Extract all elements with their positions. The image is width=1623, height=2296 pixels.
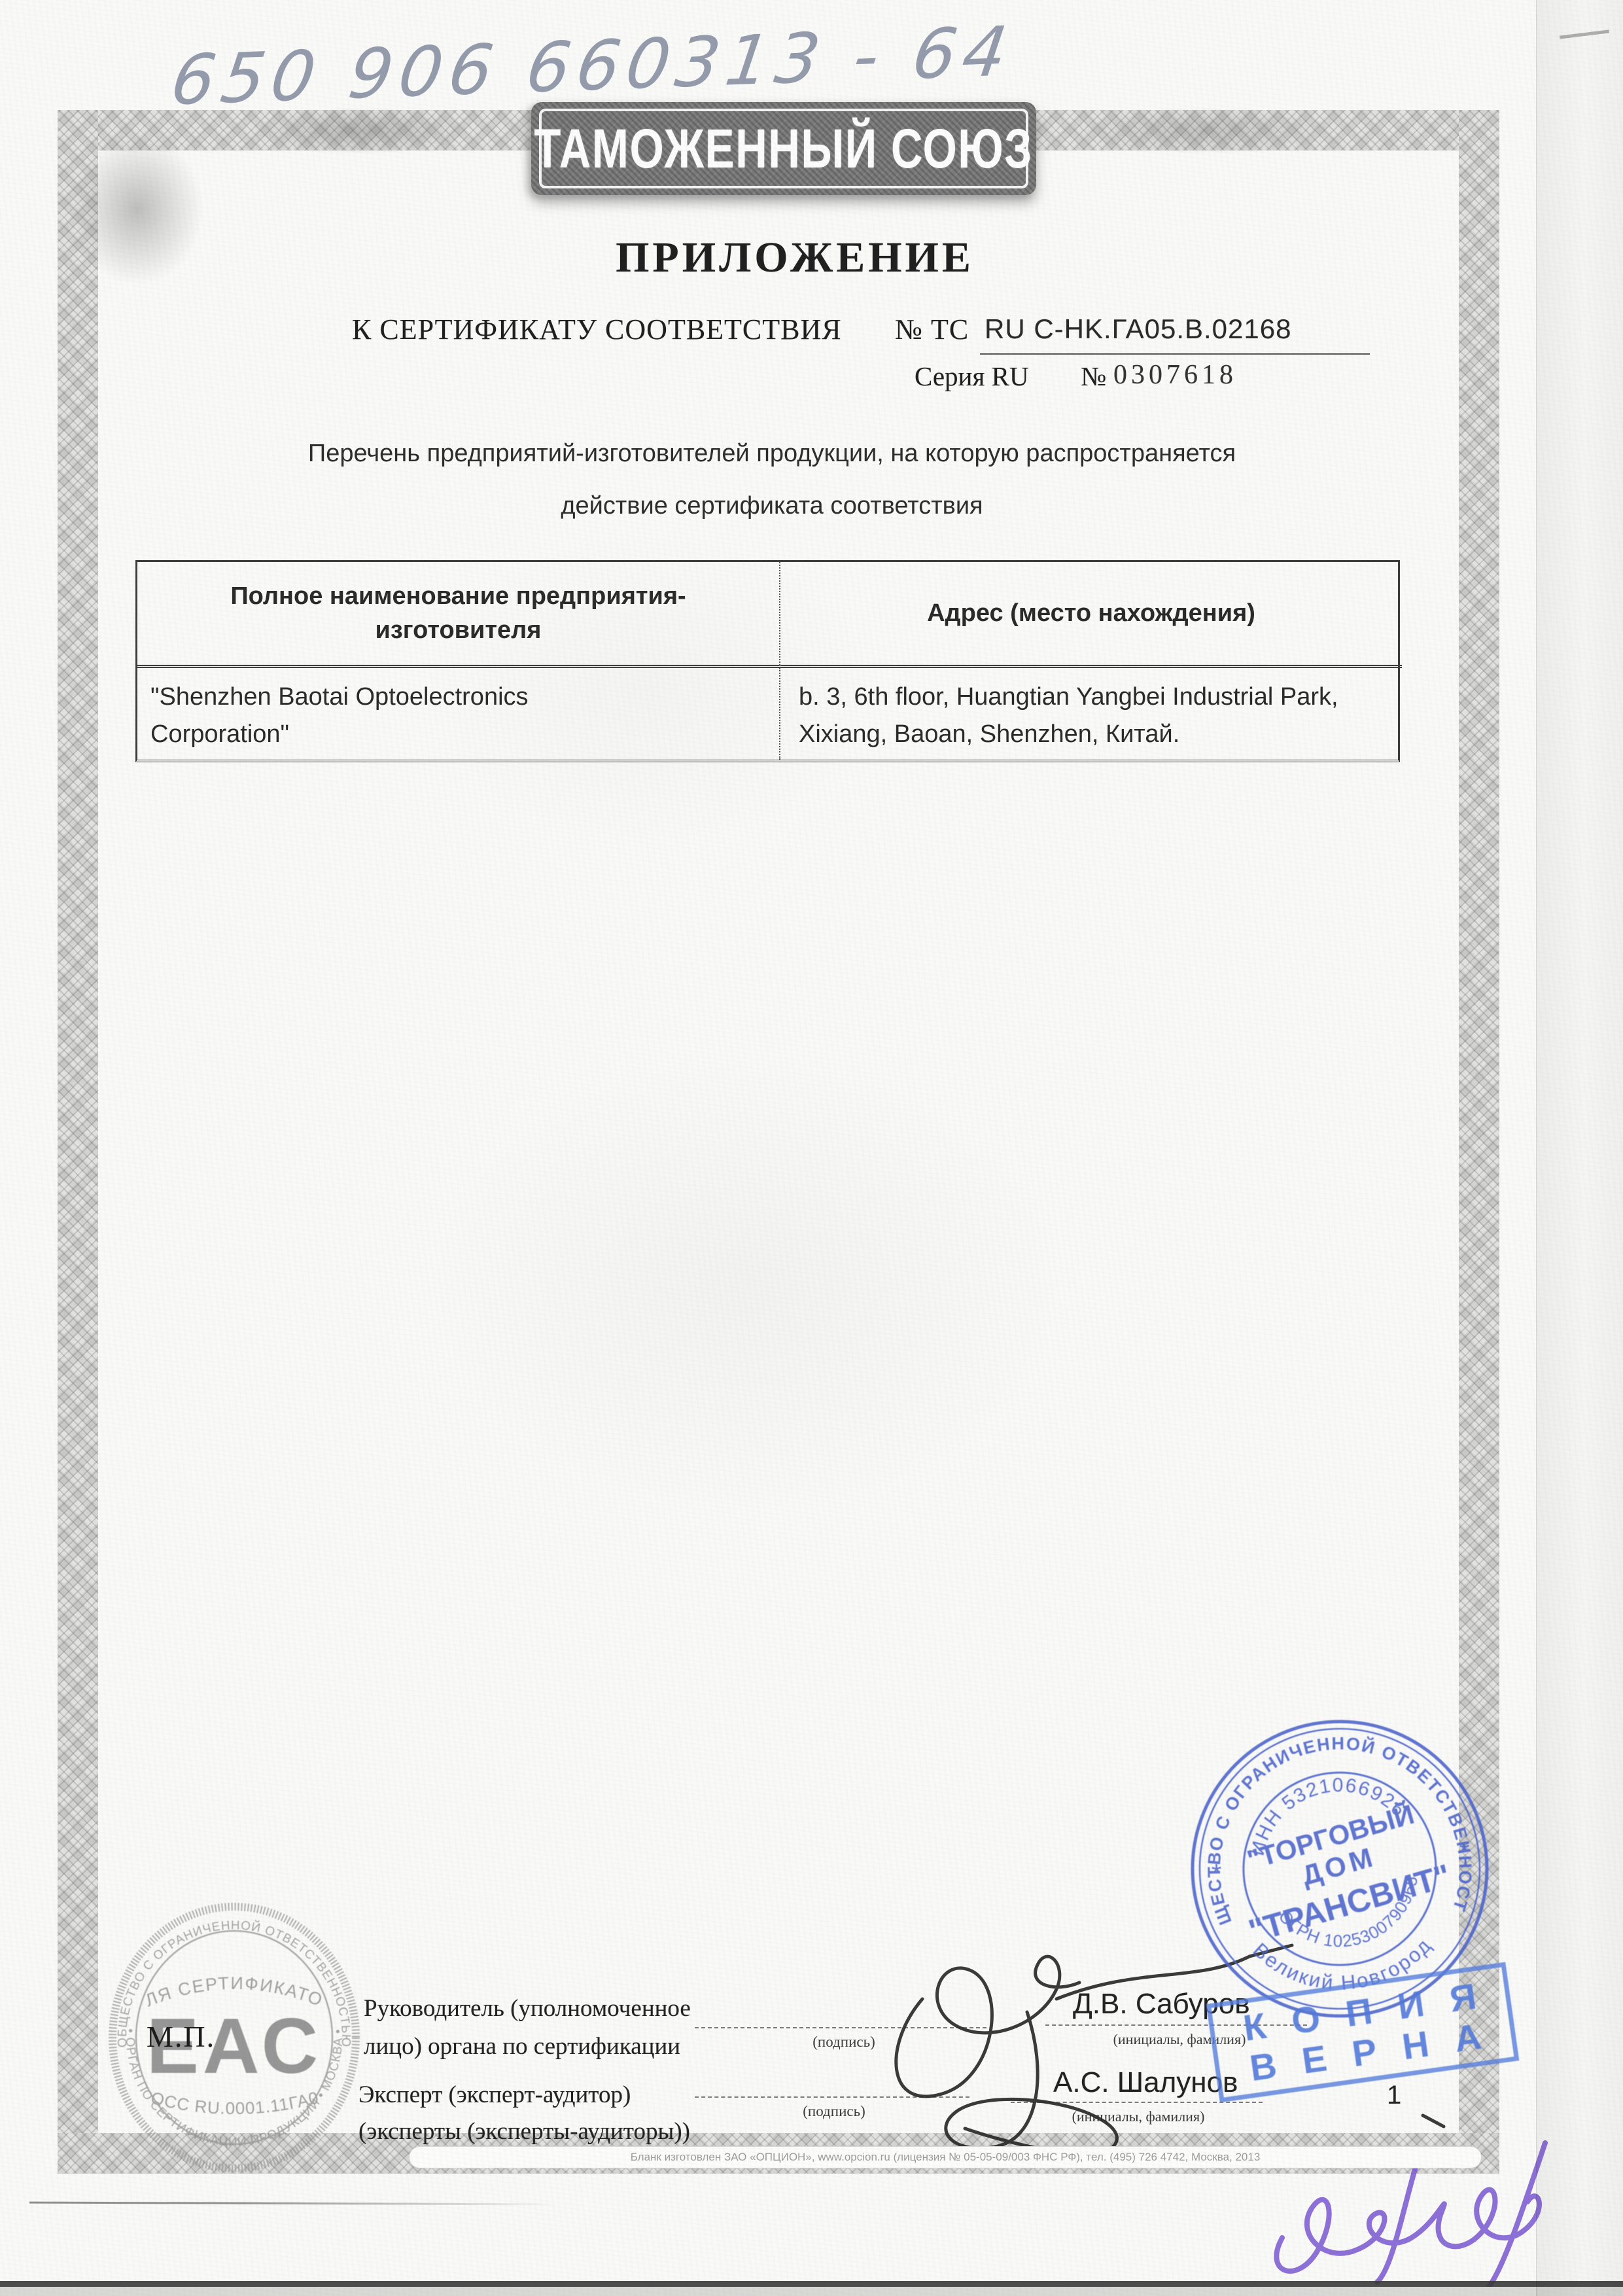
intro-line-1: Перечень предприятий-изготовителей проду… (209, 440, 1335, 468)
customs-union-banner: ТАМОЖЕННЫЙ СОЮЗ (531, 102, 1036, 195)
border-left-band (58, 110, 98, 2174)
scan-right-shade (1536, 0, 1623, 2296)
cert-number-underline (980, 353, 1370, 355)
mp-seal-mark: М.П. (147, 2019, 215, 2054)
series-number-sign: № (1081, 361, 1106, 392)
subtitle-label: К СЕРТИФИКАТУ СООТВЕТСТВИЯ (352, 313, 842, 346)
scan-bottom-margin (0, 2287, 1623, 2296)
page-title: ПРИЛОЖЕНИЕ (419, 233, 1171, 283)
cert-number: RU C-HK.ГА05.В.02168 (985, 313, 1291, 345)
role1-label-line1: Руководитель (уполномоченное (364, 1994, 691, 2022)
banner-inner-frame: ТАМОЖЕННЫЙ СОЮЗ (539, 109, 1028, 188)
scan-stray-line (29, 2202, 561, 2206)
scan-bottom-edge (0, 2281, 1623, 2287)
manufacturers-table: Полное наименование предприятия-изготови… (135, 560, 1400, 762)
banner-label: ТАМОЖЕННЫЙ СОЮЗ (534, 117, 1034, 181)
table-cell-manufacturer: "Shenzhen Baotai Optoelectronics Corpora… (137, 668, 780, 760)
series-label: Серия RU (915, 361, 1029, 392)
table-header-address: Адрес (место нахождения) (780, 562, 1402, 668)
transvit-star-left: * (1211, 1859, 1222, 1888)
form-fine-print: Бланк изготовлен ЗАО «ОПЦИОН», www.opcio… (409, 2146, 1482, 2168)
series-number: 0307618 (1113, 359, 1237, 391)
eac-certification-stamp: ОБЩЕСТВО С ОГРАНИЧЕННОЙ ОТВЕТСТВЕННОСТЬЮ… (103, 1901, 365, 2176)
role2-label-line2: (эксперты (эксперты-аудиторы)) (358, 2117, 690, 2146)
table-header-manufacturer: Полное наименование предприятия-изготови… (137, 562, 780, 668)
intro-line-2: действие сертификата соответствия (209, 492, 1335, 520)
scan-smudge (46, 105, 229, 314)
role1-label-line2: лицо) органа по сертификации (364, 2032, 680, 2060)
role2-label-line1: Эксперт (эксперт-аудитор) (358, 2081, 631, 2109)
table-cell-address: b. 3, 6th floor, Huangtian Yangbei Indus… (780, 668, 1402, 760)
ink-signature-purple (1236, 2107, 1577, 2293)
scanned-certificate-page: 650 906 660313 - 64 ТАМОЖЕННЫЙ СОЮЗ ПРИЛ… (0, 0, 1623, 2296)
transvit-star-right: * (1459, 1837, 1470, 1867)
page-number: 1 (1387, 2081, 1401, 2110)
cert-no-sign: № ТС (895, 313, 969, 346)
